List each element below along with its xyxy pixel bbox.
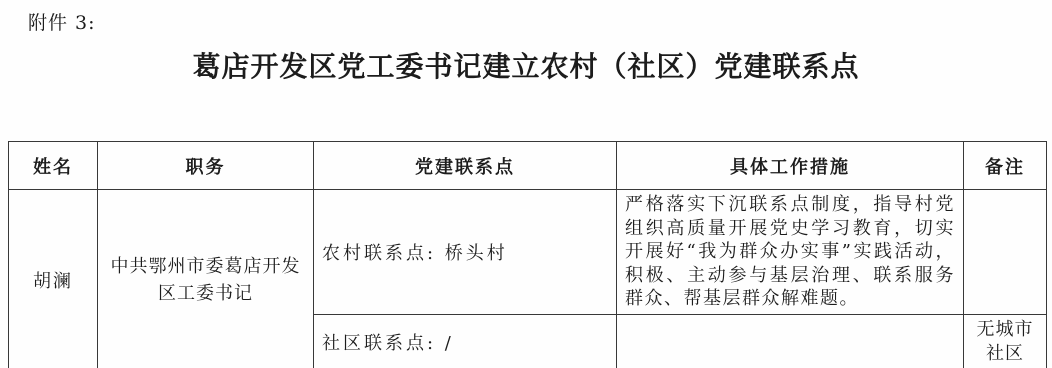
page-title: 葛店开发区党工委书记建立农村（社区）党建联系点 — [0, 45, 1052, 85]
cell-measures-lower-empty — [617, 314, 964, 368]
party-contact-table: 姓名 职务 党建联系点 具体工作措施 备注 胡澜 中共鄂州市委葛店开发区工委书记… — [8, 141, 1047, 368]
document-page: 附件 3: 葛店开发区党工委书记建立农村（社区）党建联系点 姓名 职务 党建联系… — [0, 0, 1052, 368]
header-cell-measures: 具体工作措施 — [617, 142, 964, 190]
table-header-row: 姓名 职务 党建联系点 具体工作措施 备注 — [9, 142, 1047, 190]
header-cell-position: 职务 — [98, 142, 314, 190]
cell-person-position: 中共鄂州市委葛店开发区工委书记 — [98, 190, 314, 368]
header-cell-name: 姓名 — [9, 142, 98, 190]
table-row-upper: 胡澜 中共鄂州市委葛店开发区工委书记 农村联系点: 桥头村 严格落实下沉联系点制… — [9, 190, 1047, 315]
header-cell-contact-point: 党建联系点 — [314, 142, 617, 190]
cell-person-name: 胡澜 — [9, 190, 98, 368]
header-cell-remark: 备注 — [964, 142, 1047, 190]
cell-remark-upper-empty — [964, 190, 1047, 315]
cell-work-measures: 严格落实下沉联系点制度，指导村党组织高质量开展党史学习教育，切实开展好“我为群众… — [617, 190, 964, 315]
cell-rural-contact-point: 农村联系点: 桥头村 — [314, 190, 617, 315]
cell-community-contact-point: 社区联系点: / — [314, 314, 617, 368]
cell-remark: 无城市社区 — [964, 314, 1047, 368]
attachment-label: 附件 3: — [28, 8, 96, 35]
